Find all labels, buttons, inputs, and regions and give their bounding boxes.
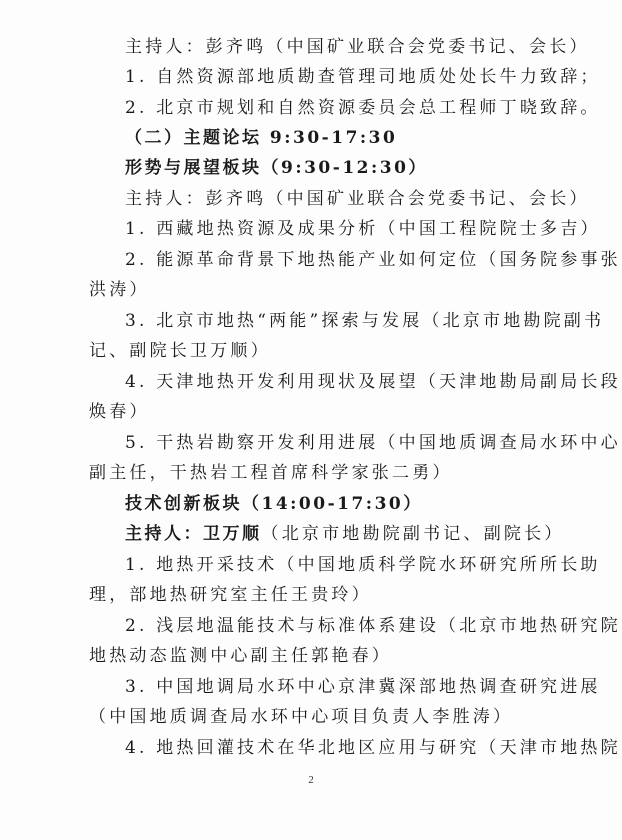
agenda-item: 3. 中国地调局水环中心京津冀深部地热调查研究进展: [125, 676, 535, 698]
agenda-item-continuation: 焕春）: [89, 401, 534, 423]
agenda-item-continuation: 洪涛）: [89, 279, 534, 301]
block-heading: 技术创新板块（14:00-17:30）: [125, 493, 535, 515]
host-line: 主持人：彭齐鸣（中国矿业联合会党委书记、会长）: [125, 36, 535, 58]
host-line: 主持人：卫万顺（北京市地勘院副书记、副院长）: [125, 523, 535, 545]
agenda-item: 1. 自然资源部地质勘查管理司地质处处长牛力致辞；: [125, 66, 535, 88]
agenda-item: 1. 地热开采技术（中国地质科学院水环研究所所长助: [125, 554, 535, 576]
agenda-item: 4. 地热回灌技术在华北地区应用与研究（天津市地热院: [125, 737, 535, 759]
page-number: 2: [0, 774, 622, 786]
agenda-item: 4. 天津地热开发利用现状及展望（天津地勘局副局长段: [125, 371, 535, 393]
agenda-item: 2. 北京市规划和自然资源委员会总工程师丁晓致辞。: [125, 97, 535, 119]
agenda-item: 5. 干热岩勘察开发利用进展（中国地质调查局水环中心: [125, 432, 535, 454]
host-label: 主持人：卫万顺: [125, 524, 262, 544]
agenda-item: 3. 北京市地热“两能”探索与发展（北京市地勘院副书: [125, 310, 535, 332]
document-page: 主持人：彭齐鸣（中国矿业联合会党委书记、会长） 1. 自然资源部地质勘查管理司地…: [0, 0, 622, 840]
agenda-item: 1. 西藏地热资源及成果分析（中国工程院院士多吉）: [125, 218, 535, 240]
agenda-item-continuation: 副主任，干热岩工程首席科学家张二勇）: [89, 462, 534, 484]
agenda-item: 2. 浅层地温能技术与标准体系建设（北京市地热研究院: [125, 615, 535, 637]
section-heading: （二）主题论坛 9:30-17:30: [125, 127, 535, 149]
agenda-item-continuation: 记、副院长卫万顺）: [89, 340, 534, 362]
agenda-item: 2. 能源革命背景下地热能产业如何定位（国务院参事张: [125, 249, 535, 271]
agenda-item-continuation: 理，部地热研究室主任王贵玲）: [89, 584, 534, 606]
agenda-item-continuation: 地热动态监测中心副主任郭艳春）: [89, 645, 534, 667]
agenda-item-continuation: （中国地质调查局水环中心项目负责人李胜涛）: [89, 706, 534, 728]
host-detail: （北京市地勘院副书记、副院长）: [262, 524, 565, 544]
block-heading: 形势与展望板块（9:30-12:30）: [125, 157, 535, 179]
host-line: 主持人：彭齐鸣（中国矿业联合会党委书记、会长）: [125, 188, 535, 210]
